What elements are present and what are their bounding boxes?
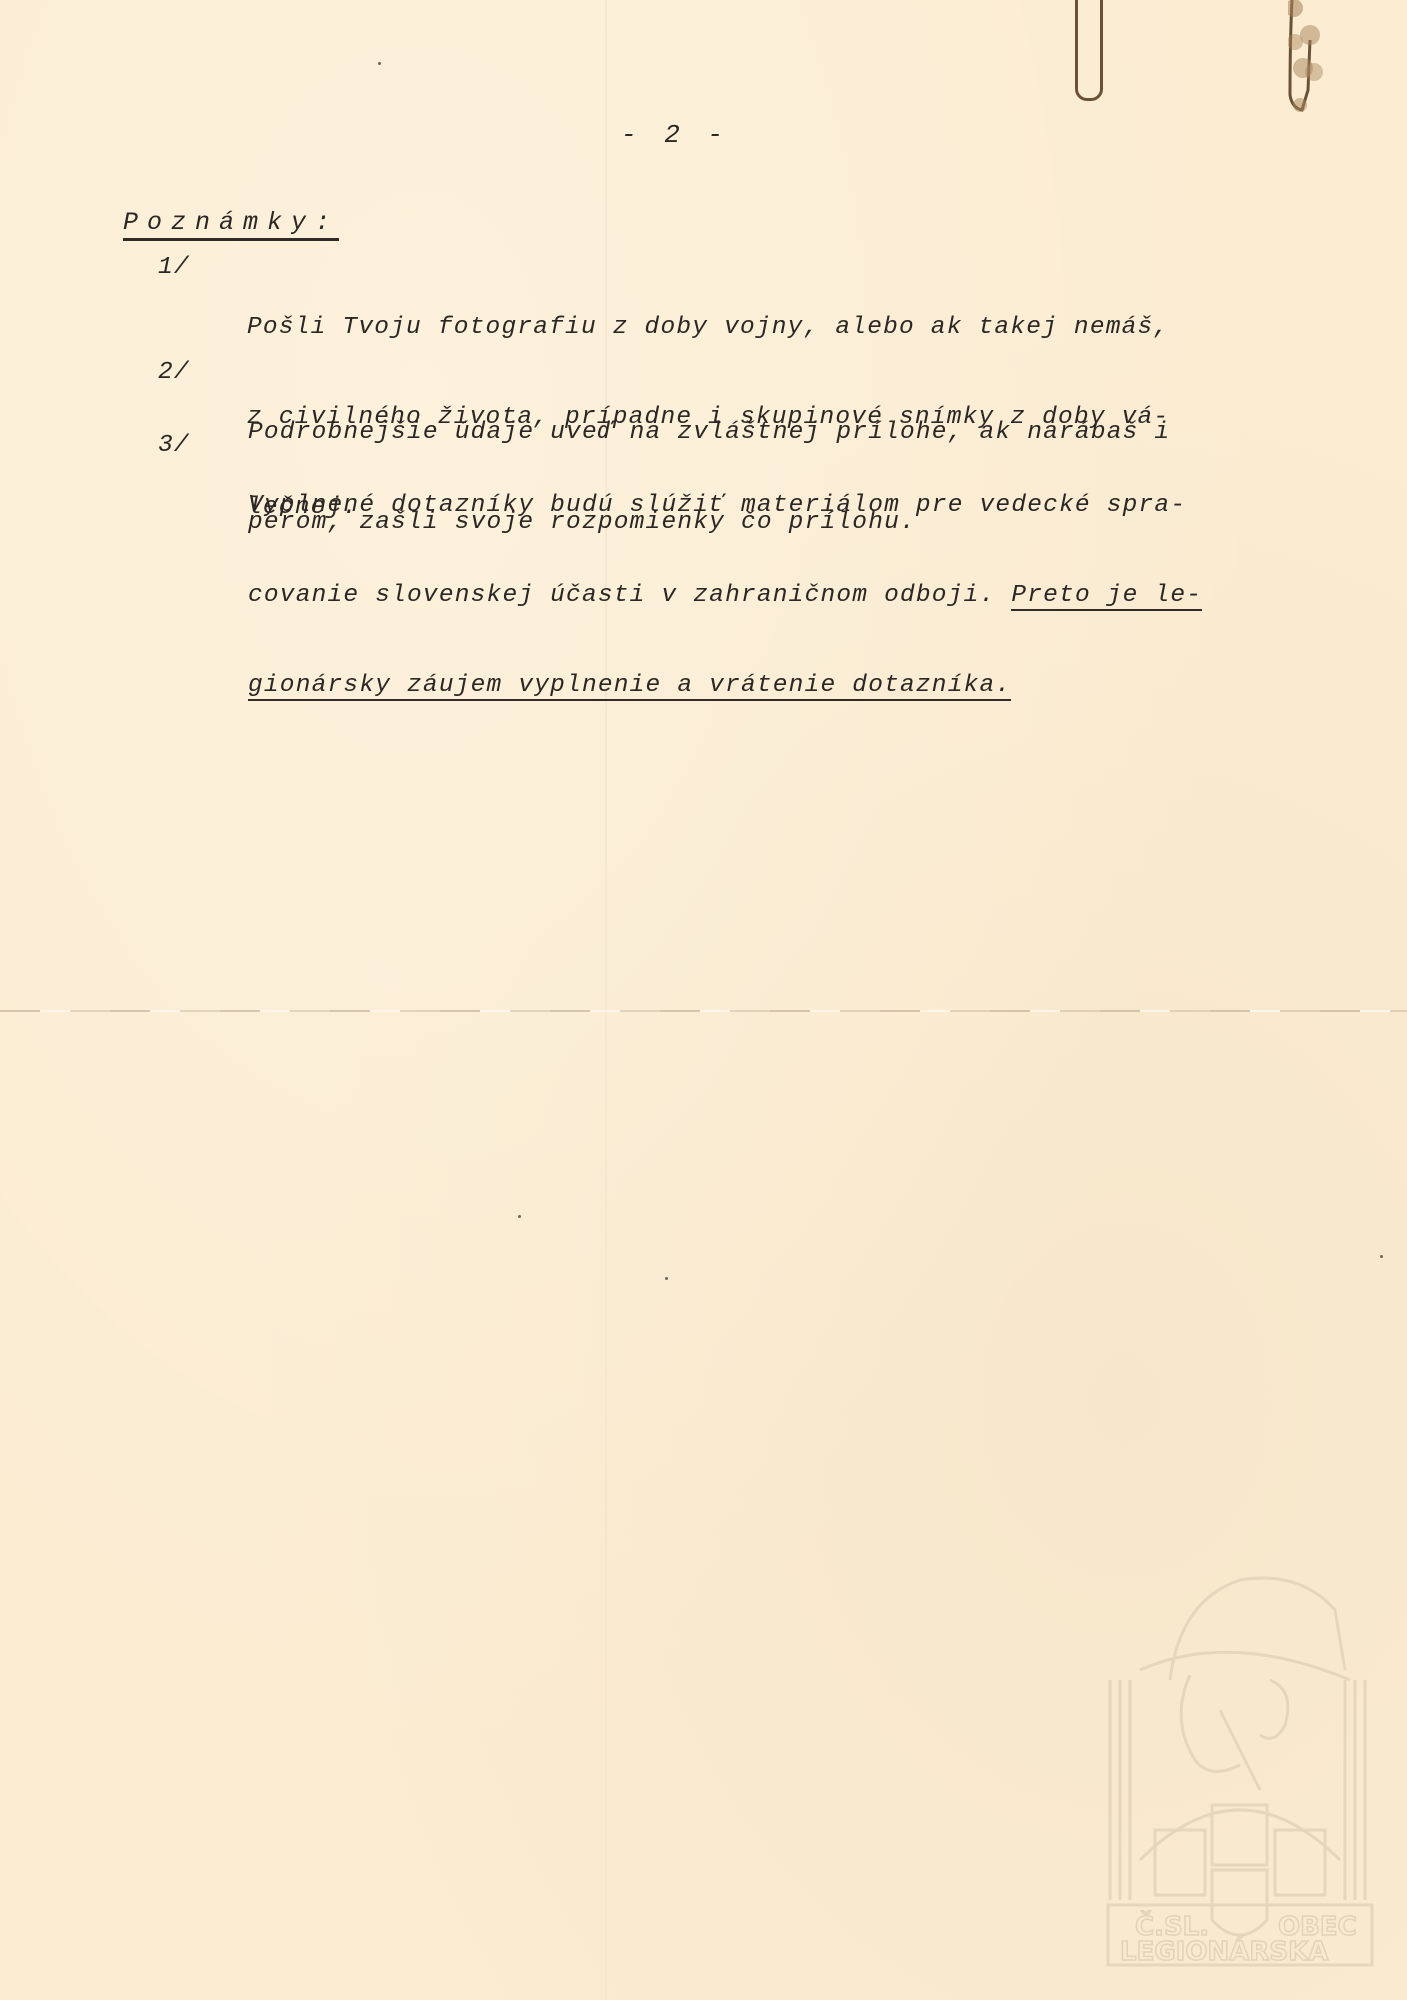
underlined-line: gionársky záujem vyplnenie a vrátenie do… — [248, 672, 1011, 701]
note-line: Vyplnené dotazníky budú slúžiť materiálo… — [248, 491, 1202, 521]
rust-stain-icon — [1288, 0, 1336, 120]
note-number: 2/ — [158, 358, 190, 388]
paper-speck — [378, 62, 381, 65]
legion-emblem-watermark-icon: Č.SL. OBEC LEGIONÁRSKA — [1100, 1530, 1380, 1970]
page-number: - 2 - — [620, 120, 730, 150]
note-line-with-underline: covanie slovenskej účasti v zahraničnom … — [248, 581, 1202, 611]
note-line: Pošli Tvoju fotografiu z doby vojny, ale… — [247, 313, 1169, 343]
notes-heading: Poznámky: — [123, 208, 339, 241]
paper-speck — [665, 1277, 668, 1280]
paper-speck — [518, 1215, 521, 1218]
watermark-text-bottom: LEGIONÁRSKA — [1120, 1935, 1328, 1967]
note-number: 1/ — [158, 253, 190, 283]
note-line-text: covanie slovenskej účasti v zahraničnom … — [248, 582, 995, 609]
paper-speck — [1380, 1255, 1383, 1258]
paperclip-mark-icon — [1075, 0, 1103, 101]
horizontal-fold-line — [0, 1010, 1407, 1012]
document-page: - 2 - Poznámky: 1/ Pošli Tvoju fotografi… — [0, 0, 1407, 2000]
underlined-text: Preto je le- — [1011, 582, 1202, 611]
note-number: 3/ — [158, 431, 190, 461]
